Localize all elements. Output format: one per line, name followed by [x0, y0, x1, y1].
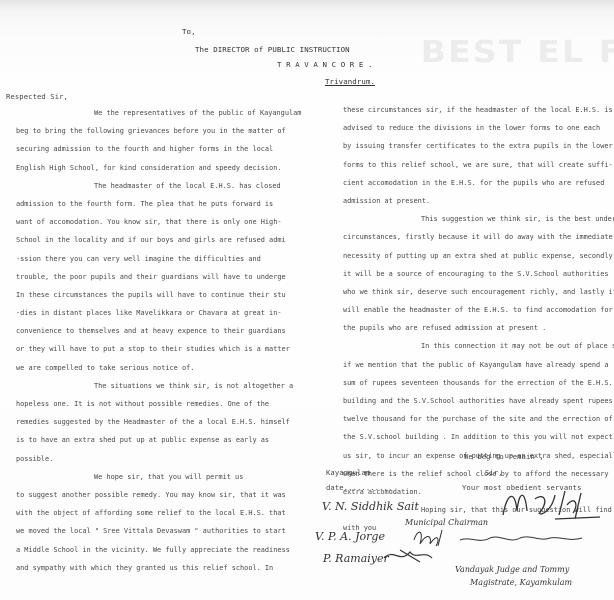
text-line: -ssion there you can very well imagine t…	[16, 250, 301, 268]
text-line: who we think sir, deserve such encourage…	[343, 283, 614, 301]
closing-sir: Sir,	[485, 468, 503, 477]
text-line: these circumstances sir, if the headmast…	[343, 101, 614, 119]
text-line: admission to the fourth form. The plea t…	[16, 195, 301, 213]
text-line: forms to this relief school, we are sure…	[343, 156, 614, 174]
text-line: We the representatives of the public of …	[16, 104, 301, 122]
text-line: In this connection it may not be out of …	[343, 337, 614, 355]
text-line: to suggest another possible remedy. You …	[16, 486, 301, 504]
text-line: The headmaster of the local E.H.S. has c…	[16, 177, 301, 195]
text-line: with the object of affording some relief…	[16, 504, 301, 522]
text-line: is to have an extra shed put up at publi…	[16, 431, 301, 449]
closing-remain: We beg to remain ,	[464, 452, 544, 461]
text-line: and sympathy with which they granted us …	[16, 559, 301, 577]
text-line: hopeless one. It is not without possible…	[16, 395, 301, 413]
text-line: or they will have to put a stop to their…	[16, 340, 301, 358]
text-line: securing admission to the fourth and hig…	[16, 140, 301, 158]
signature-1: V. N. Siddhik Sait	[322, 500, 419, 513]
text-line: necessity of putting up an extra shed at…	[343, 247, 614, 265]
text-line: In these circumstances the pupils will h…	[16, 286, 301, 304]
watermark: BEST EL F	[421, 35, 614, 70]
text-line: circumstances, firstly because it will d…	[343, 228, 614, 246]
text-line: possible.	[16, 450, 301, 468]
text-line: when there is the relief school close by…	[343, 465, 614, 483]
text-line: beg to bring the following grievances be…	[16, 122, 301, 140]
text-line: English High School, for kind considerat…	[16, 159, 301, 177]
text-line: cient accomodation in the E.H.S. for the…	[343, 174, 614, 192]
text-line: This suggestion we think sir, is the bes…	[343, 210, 614, 228]
signature-3: P. Ramaiyer	[323, 552, 389, 565]
text-line: want of accomodation. You know sir, that…	[16, 213, 301, 231]
text-line: it will be a source of encouraging to th…	[343, 265, 614, 283]
text-line: convenience to themselves and at heavy e…	[16, 322, 301, 340]
text-line: building and the S.V.School authorities …	[343, 392, 614, 410]
text-line: We hope sir, that you will permit us	[16, 468, 301, 486]
text-line: a Middle School in the vicinity. We full…	[16, 541, 301, 559]
text-line: if we mention that the public of Kayangu…	[343, 356, 614, 374]
text-line: by issuing transfer certificates to the …	[343, 137, 614, 155]
text-line: we moved the local " Sree Vittala Devasw…	[16, 522, 301, 540]
left-column: We the representatives of the public of …	[16, 104, 301, 577]
right-column: these circumstances sir, if the headmast…	[343, 101, 614, 538]
text-line: sum of rupees seventeen thousands for th…	[343, 374, 614, 392]
text-line: remedies suggested by the Headmaster of …	[16, 413, 301, 431]
text-line: we are compelled to take serious notice …	[16, 359, 301, 377]
recipient-title: The DIRECTOR of PUBLIC INSTRUCTION	[195, 45, 350, 54]
text-line: -dies in distant places like Mavelikkara…	[16, 304, 301, 322]
salutation: Respected Sir,	[6, 92, 68, 101]
signature-4: Vandayak Judge and Tommy	[455, 565, 569, 574]
text-line: will enable the headmaster of the E.H.S.…	[343, 301, 614, 319]
recipient-city: Trivandrum.	[325, 77, 375, 86]
scan-edge	[0, 0, 614, 12]
signature-scrawl-icon	[495, 485, 605, 525]
signature-4-title: Magistrate, Kayamkulam	[470, 578, 572, 587]
to-label: To,	[182, 27, 196, 36]
recipient-region: T R A V A N C O R E .	[277, 60, 373, 69]
text-line: The situations we think sir, is not alto…	[16, 377, 301, 395]
text-line: the pupils who are refused admission at …	[343, 319, 614, 337]
text-line: trouble, the poor pupils and their guard…	[16, 268, 301, 286]
closing-date: date...........	[326, 483, 392, 492]
text-line: twelve thousand for the purchase of the …	[343, 410, 614, 428]
text-line: the S.V.school building . In addition to…	[343, 428, 614, 446]
text-line: admission at present.	[343, 192, 614, 210]
closing-place: Kayangulam	[326, 468, 370, 477]
text-line: advised to reduce the divisions in the l…	[343, 119, 614, 137]
signature-2: V. P. A. Jorge	[315, 530, 385, 543]
text-line: School in the locality and if our boys a…	[16, 231, 301, 249]
signature-scrawl-3-icon	[380, 546, 440, 566]
